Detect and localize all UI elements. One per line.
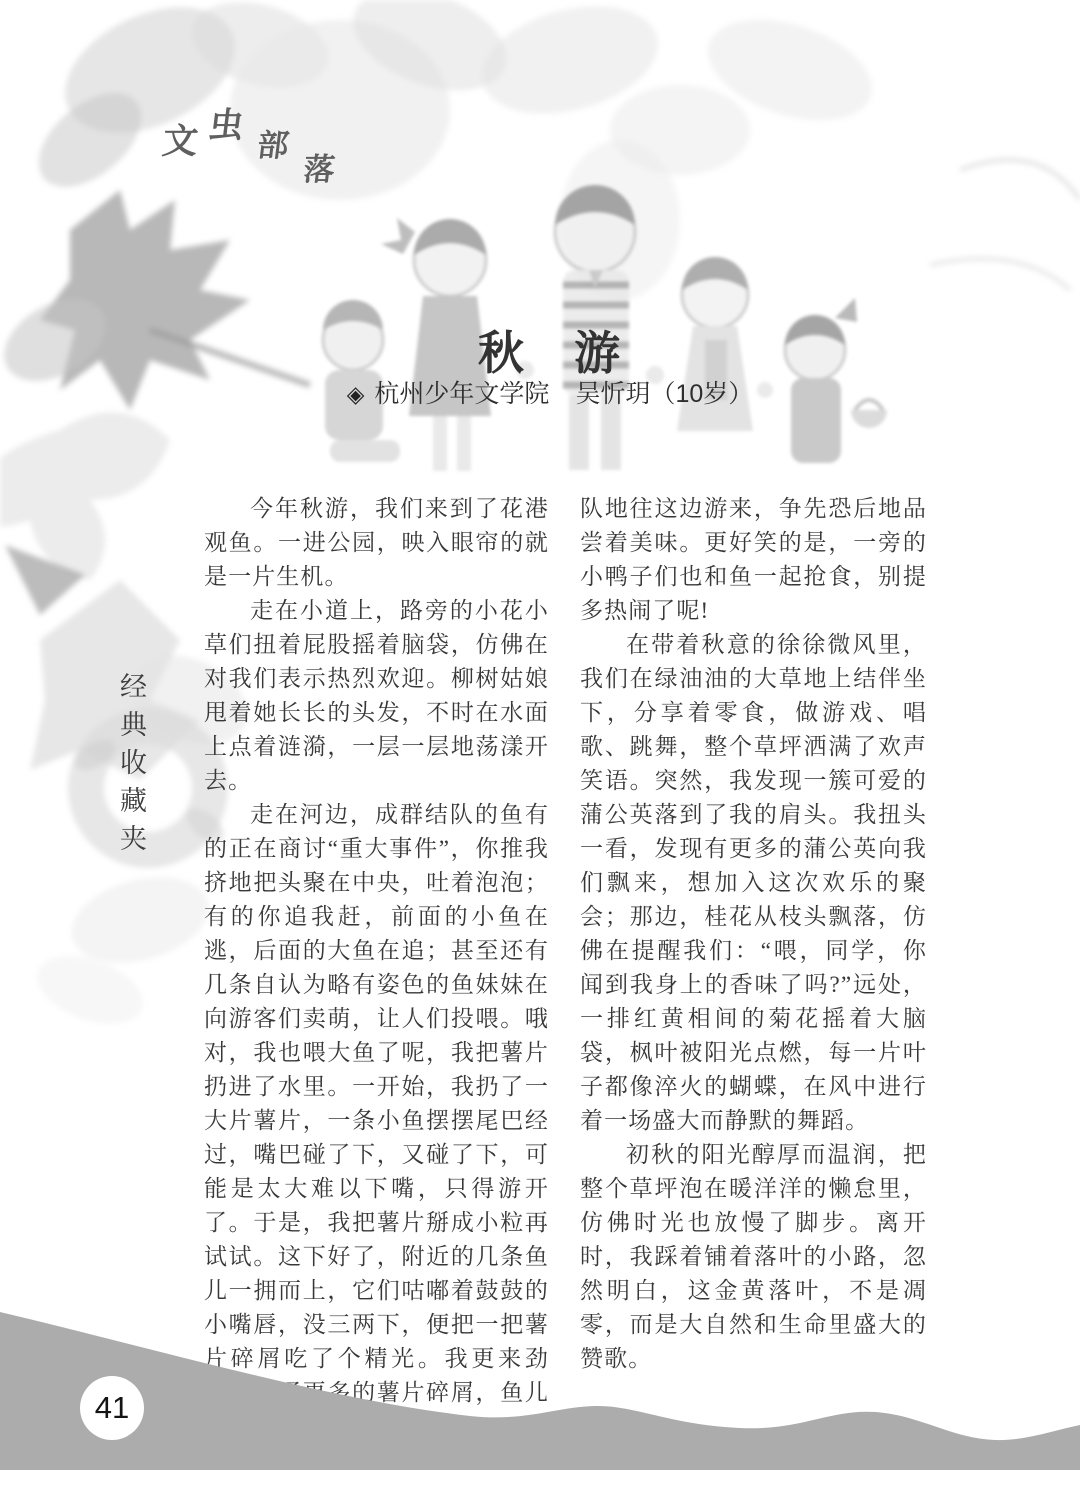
page-number-badge: 41 bbox=[80, 1376, 144, 1440]
article-byline: ◈杭州少年文学院吴忻玥（10岁） bbox=[240, 374, 860, 410]
paragraph: 初秋的阳光醇厚而温润，把整个草坪泡在暖洋洋的懒怠里，仿佛时光也放慢了脚步。离开时… bbox=[580, 1138, 927, 1376]
paragraph-continuation: 队地往这边游来，争先恐后地品尝着美味。更好笑的是，一旁的小鸭子们也和鱼一起抢食，… bbox=[580, 492, 927, 628]
magazine-page: 文 虫 部 落 经典收藏夹 秋 游 ◈杭州少年文学院吴忻玥（10岁） 今年秋游，… bbox=[0, 0, 1080, 1495]
byline-school: 杭州少年文学院 bbox=[374, 380, 549, 408]
logo-char: 虫 bbox=[206, 98, 247, 148]
paragraph: 走在河边，成群结队的鱼有的正在商讨“重大事件”，你推我挤地把头聚在中央，吐着泡泡… bbox=[204, 798, 549, 1444]
sidebar-category-label: 经典收藏夹 bbox=[112, 672, 151, 887]
byline-age: （10岁） bbox=[650, 380, 753, 408]
article-title: 秋 游 bbox=[290, 317, 810, 383]
section-logo: 文 虫 部 落 bbox=[163, 104, 383, 194]
byline-author: 吴忻玥 bbox=[575, 380, 650, 408]
logo-char: 文 bbox=[160, 114, 201, 164]
paragraph: 在带着秋意的徐徐微风里，我们在绿油油的大草地上结伴坐下，分享着零食，做游戏、唱歌… bbox=[580, 628, 927, 1138]
page-number: 41 bbox=[95, 1390, 129, 1426]
logo-char: 部 bbox=[255, 120, 292, 165]
diamond-bullet-icon: ◈ bbox=[347, 382, 365, 408]
paragraph: 走在小道上，路旁的小花小草们扭着屁股摇着脑袋，仿佛在对我们表示热烈欢迎。柳树姑娘… bbox=[204, 594, 549, 798]
text-column-right: 队地往这边游来，争先恐后地品尝着美味。更好笑的是，一旁的小鸭子们也和鱼一起抢食，… bbox=[580, 492, 927, 1376]
text-column-left: 今年秋游，我们来到了花港观鱼。一进公园，映入眼帘的就是一片生机。 走在小道上，路… bbox=[204, 492, 549, 1444]
logo-char: 落 bbox=[301, 144, 338, 189]
paragraph: 今年秋游，我们来到了花港观鱼。一进公园，映入眼帘的就是一片生机。 bbox=[204, 492, 549, 594]
